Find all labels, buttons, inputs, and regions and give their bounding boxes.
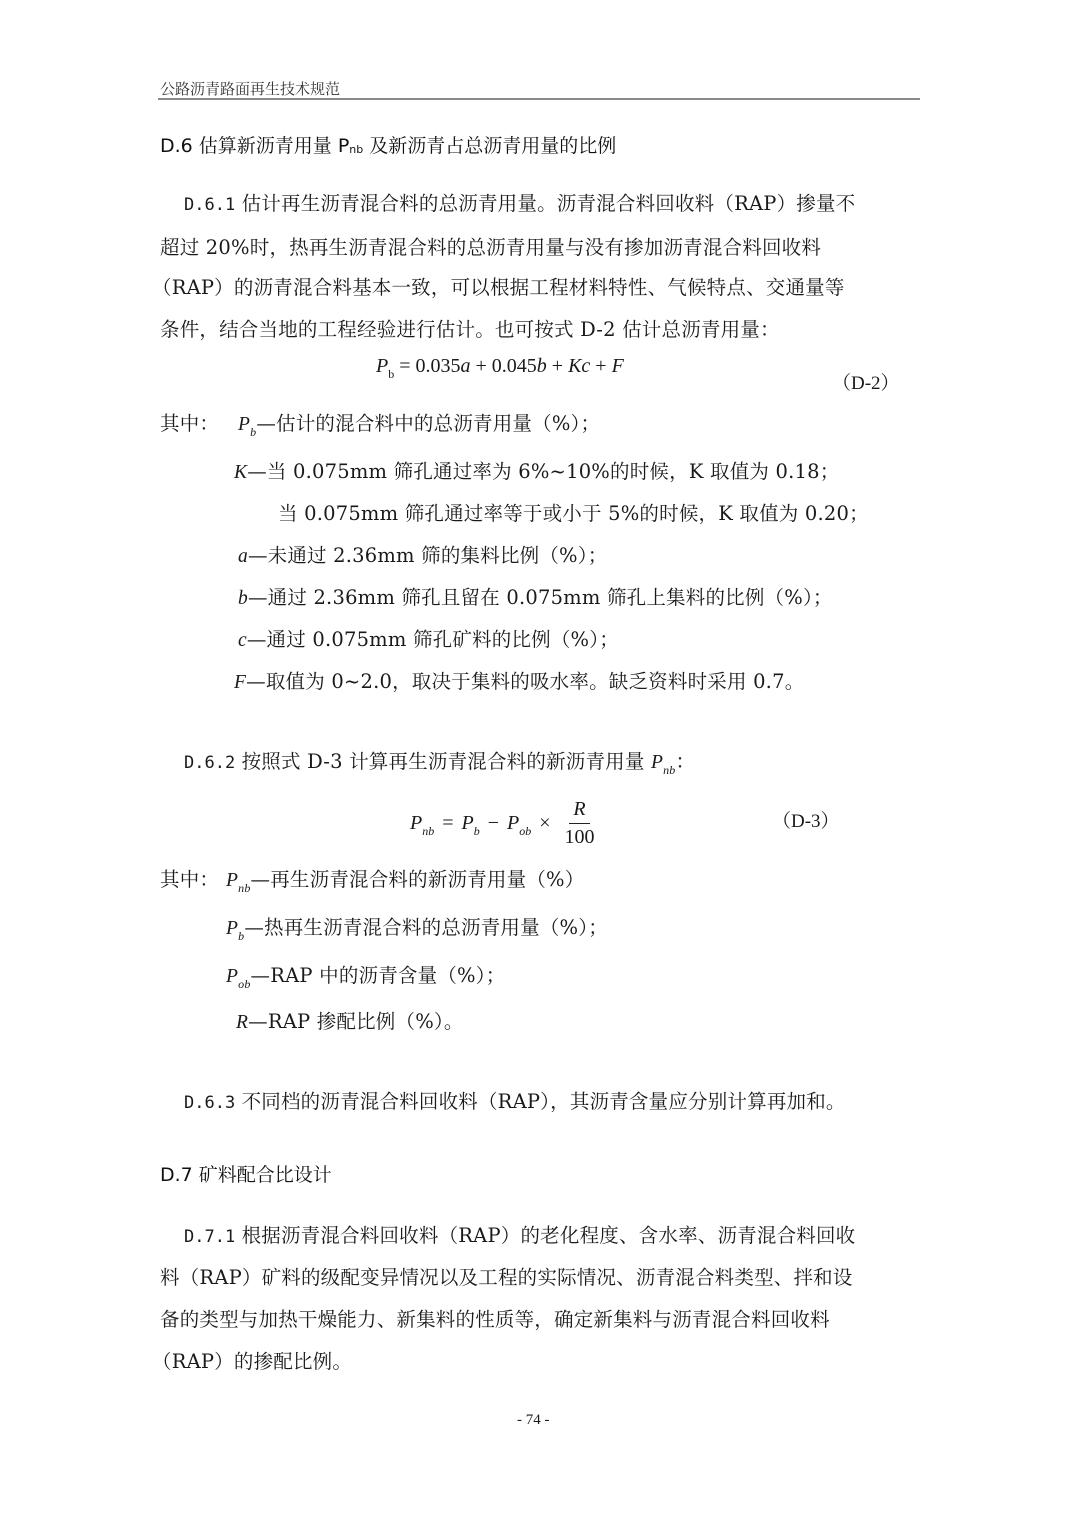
- formula-var: Kc: [568, 355, 590, 377]
- page-number: - 74 -: [517, 1412, 550, 1429]
- where-label: 其中：: [160, 408, 219, 436]
- where-label-2: 其中：: [160, 864, 219, 892]
- definition-pnb: Pnb—再生沥青混合料的新沥青用量（%）: [226, 864, 584, 892]
- section-heading-d6: D.6 估算新沥青用量 Pnb 及新沥青占总沥青用量的比例: [160, 131, 616, 158]
- heading-text: D.6 估算新沥青用量 P: [160, 135, 349, 157]
- clause-number: D.6.2: [184, 753, 235, 773]
- def-text: —热再生沥青混合料的总沥青用量（%）；: [244, 916, 608, 939]
- formula-term: P: [507, 812, 519, 834]
- clause-d61-line-3: （RAP）的沥青混合料基本一致，可以根据工程材料特性、气候特点、交通量等: [152, 272, 845, 300]
- formula-part: +: [547, 355, 568, 377]
- formula-term-sub: ob: [519, 824, 531, 838]
- def-symbol: P: [226, 966, 238, 987]
- clause-text: 按照式 D-3 计算再生沥青混合料的新沥青用量: [235, 750, 651, 773]
- clause-number: D.7.1: [184, 1227, 235, 1247]
- def-symbol: c: [238, 630, 247, 651]
- formula-d3: Pnb = Pb − Pob × R100: [410, 798, 595, 849]
- clause-d71-line-1: D.7.1 根据沥青混合料回收料（RAP）的老化程度、含水率、沥青混合料回收: [184, 1220, 855, 1248]
- denominator: 100: [565, 824, 595, 849]
- formula-lhs-sub: nb: [422, 824, 434, 838]
- def-text: —取值为 0~2.0，取决于集料的吸水率。缺乏资料时采用 0.7。: [246, 670, 804, 693]
- clause-number: D.6.1: [184, 195, 235, 215]
- def-text: —估计的混合料中的总沥青用量（%）；: [256, 412, 600, 435]
- def-subscript: b: [250, 425, 256, 439]
- formula-var: b: [537, 355, 547, 377]
- definition-k-cont: 当 0.075mm 筛孔通过率等于或小于 5%的时候，K 取值为 0.20；: [278, 498, 869, 526]
- times-sign: ×: [539, 812, 550, 835]
- definition-k: K—当 0.075mm 筛孔通过率为 6%~10%的时候，K 取值为 0.18；: [234, 456, 839, 484]
- header-divider: [158, 98, 920, 100]
- clause-text: 估计再生沥青混合料的总沥青用量。沥青混合料回收料（RAP）掺量不: [235, 192, 855, 215]
- clause-d61-line-4: 条件，结合当地的工程经验进行估计。也可按式 D-2 估计总沥青用量：: [160, 314, 780, 342]
- section-heading-d7: D.7 矿料配合比设计: [160, 1160, 332, 1187]
- formula-lhs-sub: b: [388, 367, 394, 381]
- def-symbol: P: [238, 414, 250, 435]
- def-text: —当 0.075mm 筛孔通过率为 6%~10%的时候，K 取值为 0.18；: [247, 460, 839, 483]
- clause-d61-line-1: D.6.1 估计再生沥青混合料的总沥青用量。沥青混合料回收料（RAP）掺量不: [184, 188, 855, 216]
- definition-c: c—通过 0.075mm 筛孔矿料的比例（%）；: [238, 624, 619, 652]
- fraction: R100: [565, 798, 595, 849]
- definition-r: R—RAP 掺配比例（%）。: [236, 1006, 464, 1034]
- formula-term: P: [462, 812, 474, 834]
- symbol: P: [651, 752, 663, 773]
- colon: ：: [676, 750, 696, 773]
- heading-subscript: nb: [349, 143, 363, 156]
- def-symbol: R: [236, 1012, 248, 1033]
- formula-term-sub: b: [474, 824, 480, 838]
- clause-d61-line-2: 超过 20%时，热再生沥青混合料的总沥青用量与没有掺加沥青混合料回收料: [160, 232, 821, 260]
- formula-d3-label: （D-3）: [772, 806, 840, 833]
- def-subscript: b: [238, 929, 244, 943]
- def-subscript: nb: [238, 881, 250, 895]
- formula-lhs: P: [410, 812, 422, 834]
- heading-text-suffix: 及新沥青占总沥青用量的比例: [363, 135, 616, 157]
- running-header-title: 公路沥青路面再生技术规范: [160, 78, 340, 99]
- numerator: R: [569, 798, 589, 824]
- def-subscript: ob: [238, 977, 250, 991]
- def-symbol: P: [226, 870, 238, 891]
- clause-d71-line-2: 料（RAP）矿料的级配变异情况以及工程的实际情况、沥青混合料类型、拌和设: [160, 1262, 853, 1290]
- clause-d62: D.6.2 按照式 D-3 计算再生沥青混合料的新沥青用量 Pnb：: [184, 746, 695, 774]
- clause-number: D.6.3: [184, 1093, 235, 1113]
- def-text: —未通过 2.36mm 筛的集料比例（%）；: [248, 544, 607, 567]
- formula-var: a: [461, 355, 471, 377]
- formula-d2: Pb = 0.035a + 0.045b + Kc + F: [376, 355, 624, 378]
- def-text: —RAP 掺配比例（%）。: [248, 1010, 463, 1033]
- equals-sign: =: [442, 812, 453, 835]
- clause-text: 根据沥青混合料回收料（RAP）的老化程度、含水率、沥青混合料回收: [235, 1224, 855, 1247]
- definition-pb: Pb—估计的混合料中的总沥青用量（%）；: [238, 408, 600, 436]
- def-symbol: b: [238, 588, 248, 609]
- clause-d63: D.6.3 不同档的沥青混合料回收料（RAP），其沥青含量应分别计算再加和。: [184, 1086, 846, 1114]
- def-text: —通过 2.36mm 筛孔且留在 0.075mm 筛孔上集料的比例（%）；: [248, 586, 833, 609]
- formula-lhs: P: [376, 355, 388, 377]
- def-symbol: K: [234, 462, 247, 483]
- definition-pob: Pob—RAP 中的沥青含量（%）；: [226, 960, 505, 988]
- def-symbol: P: [226, 918, 238, 939]
- minus-sign: −: [488, 812, 499, 835]
- definition-b: b—通过 2.36mm 筛孔且留在 0.075mm 筛孔上集料的比例（%）；: [238, 582, 833, 610]
- formula-var: F: [612, 355, 624, 377]
- symbol-subscript: nb: [663, 763, 675, 777]
- formula-part: + 0.045: [471, 355, 537, 377]
- def-symbol: a: [238, 546, 248, 567]
- def-text: —通过 0.075mm 筛孔矿料的比例（%）；: [247, 628, 619, 651]
- def-text: —RAP 中的沥青含量（%）；: [251, 964, 506, 987]
- formula-part: +: [590, 355, 611, 377]
- clause-d71-line-4: （RAP）的掺配比例。: [152, 1346, 352, 1374]
- definition-pb-2: Pb—热再生沥青混合料的总沥青用量（%）；: [226, 912, 608, 940]
- def-text: —再生沥青混合料的新沥青用量（%）: [251, 868, 585, 891]
- def-symbol: F: [234, 672, 246, 693]
- clause-d71-line-3: 备的类型与加热干燥能力、新集料的性质等，确定新集料与沥青混合料回收料: [160, 1304, 830, 1332]
- definition-f: F—取值为 0~2.0，取决于集料的吸水率。缺乏资料时采用 0.7。: [234, 666, 804, 694]
- definition-a: a—未通过 2.36mm 筛的集料比例（%）；: [238, 540, 607, 568]
- clause-text: 不同档的沥青混合料回收料（RAP），其沥青含量应分别计算再加和。: [235, 1090, 845, 1113]
- formula-part: = 0.035: [399, 355, 460, 377]
- formula-d2-label: （D-2）: [832, 368, 900, 395]
